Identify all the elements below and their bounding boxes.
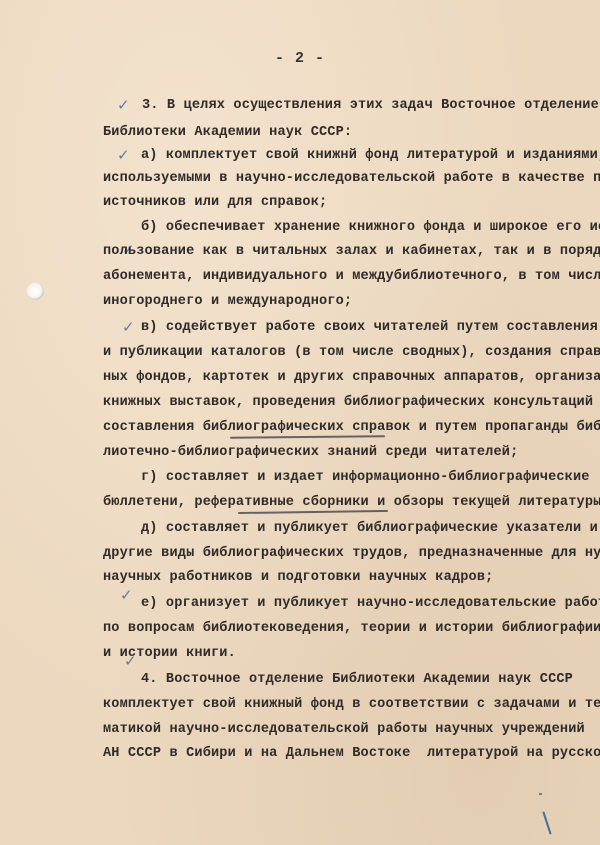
- punch-hole: [26, 282, 44, 300]
- text-line: б) обеспечивает хранение книжного фонда …: [141, 220, 600, 235]
- text-line: ных фондов, картотек и других справочных…: [103, 370, 600, 385]
- text-line: АН СССР в Сибири и на Дальнем Востоке ли…: [103, 746, 600, 761]
- text-line: д) составляет и публикует библиографичес…: [141, 521, 598, 536]
- text-line: книжных выставок, проведения библиографи…: [103, 395, 600, 410]
- check-mark-icon: ✓: [117, 146, 130, 164]
- text-line: Библиотеки Академии наук СССР:: [103, 125, 352, 140]
- text-line: и истории книги.: [103, 646, 236, 661]
- text-line: г) составляет и издает информационно-биб…: [141, 470, 590, 485]
- handwritten-underline: [238, 510, 388, 514]
- text-line: е) организует и публикует научно-исследо…: [141, 596, 600, 611]
- text-line: в) содействует работе своих читателей пу…: [141, 320, 598, 335]
- check-mark-icon: ✓: [122, 318, 135, 336]
- ink-speck: [539, 793, 542, 795]
- text-line: источников или для справок;: [103, 195, 327, 210]
- typewritten-page: - 2 - ✓ ✓ ✓ ✓ ✓ ✓ 3. В целях осуществлен…: [0, 0, 600, 845]
- text-line: и публикации каталогов (в том числе свод…: [103, 345, 600, 360]
- text-line: составления библиографических справок и …: [103, 420, 600, 435]
- check-mark-icon: ✓: [117, 96, 130, 114]
- text-line: абонемента, индивидуального и междубибли…: [103, 269, 600, 284]
- text-line: бюллетени, реферативные сборники и обзор…: [103, 495, 600, 510]
- check-mark-icon: ✓: [120, 586, 133, 604]
- text-line: научных работников и подготовки научных …: [103, 570, 493, 585]
- text-line: а) комплектует свой книжнй фонд литерату…: [141, 148, 600, 163]
- text-line: лиотечно-библиографических знаний среди …: [103, 445, 518, 460]
- text-line: иногороднего и международного;: [103, 294, 352, 309]
- text-line: по вопросам библиотековедения, теории и …: [103, 621, 600, 636]
- handwritten-underline: [230, 435, 385, 439]
- text-line: комплектует свой книжный фонд в соответс…: [103, 697, 600, 712]
- pen-mark: [542, 811, 551, 834]
- text-line: 3. В целях осуществления этих задач Вост…: [142, 98, 599, 113]
- text-line: пользование как в читальных залах и каби…: [103, 244, 600, 259]
- page-number: - 2 -: [0, 50, 600, 67]
- text-line: матикой научно-исследовательской работы …: [103, 722, 585, 737]
- text-line: используемыми в научно-исследовательской…: [103, 171, 600, 186]
- text-line: другие виды библиографических трудов, пр…: [103, 546, 600, 561]
- text-line: 4. Восточное отделение Библиотеки Академ…: [141, 672, 573, 687]
